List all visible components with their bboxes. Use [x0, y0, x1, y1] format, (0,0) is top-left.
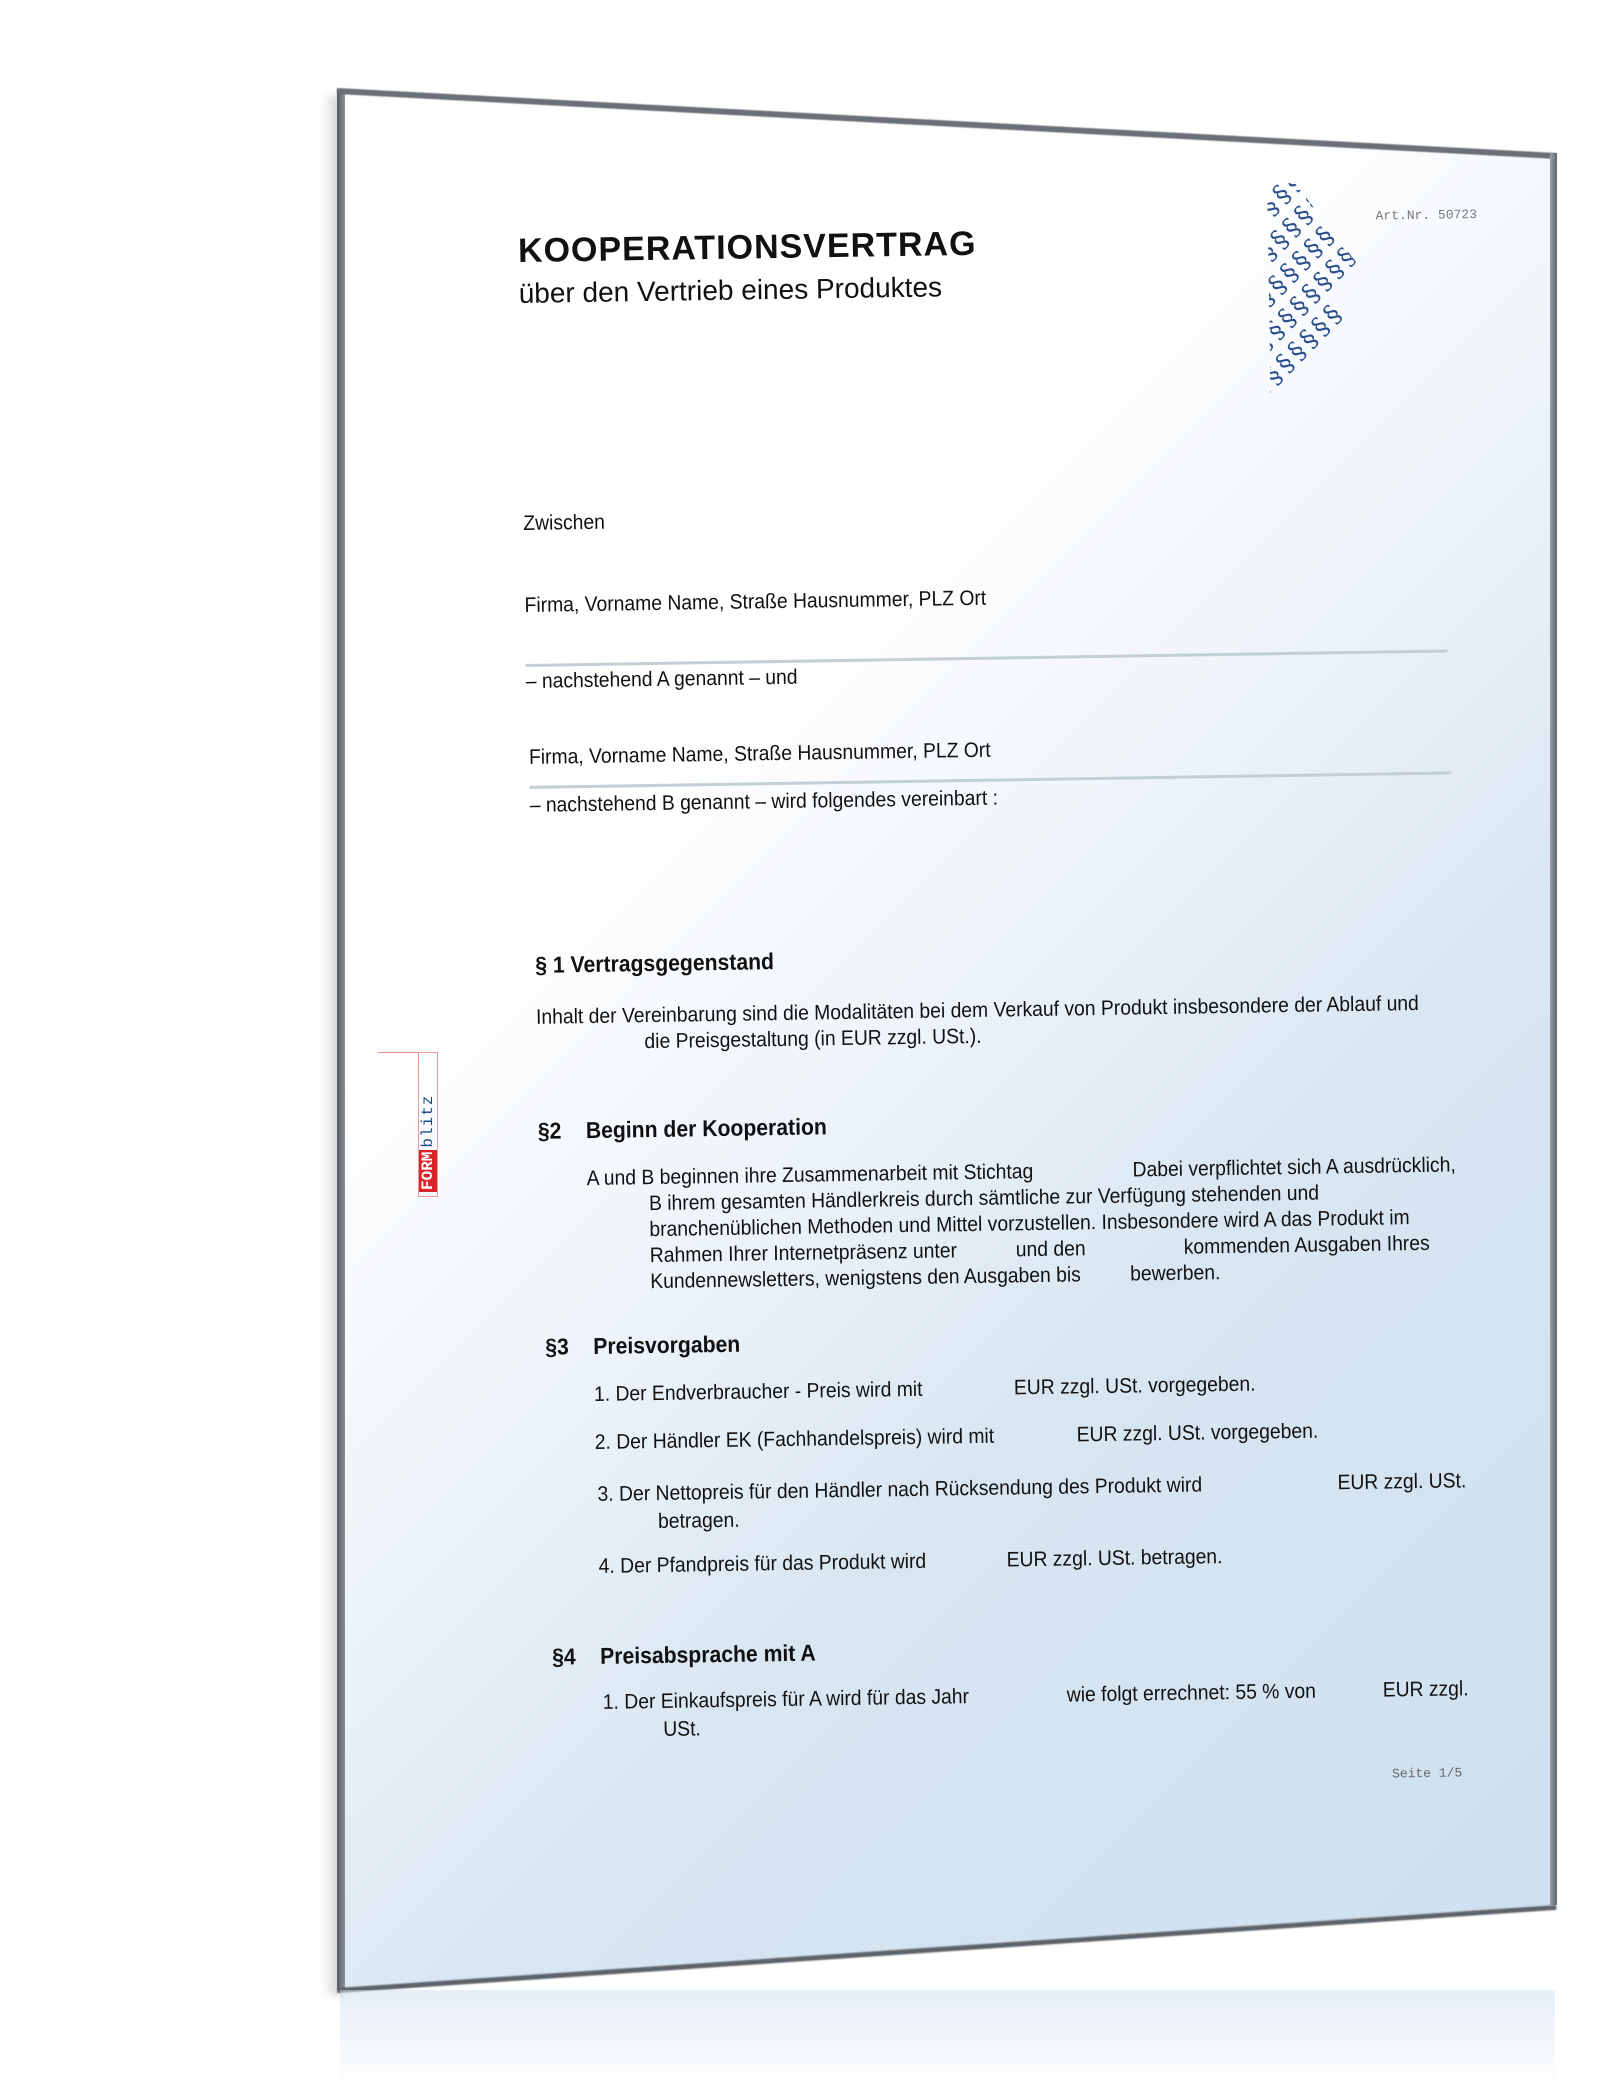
section-4-number: §4: [552, 1643, 576, 1670]
section-3-item-1-tail: EUR zzgl. USt. vorgegeben.: [1014, 1373, 1256, 1401]
section-4-item-1-mid: wie folgt errechnet: 55 % von: [1067, 1680, 1317, 1708]
section-3-item-1: 1. Der Endverbraucher - Preis wird mit: [594, 1378, 923, 1407]
section-3-number: §3: [545, 1333, 569, 1360]
section-3-item-2: 2. Der Händler EK (Fachhandelspreis) wir…: [595, 1425, 995, 1455]
formblitz-logo: FORMblitz: [418, 1052, 438, 1197]
section-2-heading: Beginn der Kooperation: [586, 1113, 827, 1144]
section-4-item-1-cont: USt.: [663, 1717, 701, 1742]
section-3-item-4-tail: EUR zzgl. USt. betragen.: [1006, 1545, 1222, 1572]
section-2-line-5b: bewerben.: [1130, 1261, 1221, 1286]
party-a-divider: [526, 649, 1448, 666]
document-preview: KOOPERATIONSVERTRAG über den Vertrieb ei…: [0, 0, 1600, 2100]
between-label: Zwischen: [523, 511, 605, 536]
article-number: Art.Nr. 50723: [1375, 207, 1477, 224]
document-title: KOOPERATIONSVERTRAG: [518, 225, 977, 271]
party-a-label: – nachstehend A genannt – und: [526, 666, 798, 694]
page-indicator: Seite 1/5: [1392, 1765, 1462, 1781]
logo-blitz: blitz: [419, 1093, 437, 1150]
section-1-heading: § 1 Vertragsgegenstand: [535, 948, 774, 979]
section-3-item-3: 3. Der Nettopreis für den Händler nach R…: [597, 1473, 1202, 1506]
page-content: KOOPERATIONSVERTRAG über den Vertrieb ei…: [0, 0, 1600, 2100]
party-b-field: Firma, Vorname Name, Straße Hausnummer, …: [529, 739, 991, 770]
section-2-line-4: Rahmen Ihrer Internetpräsenz unter: [650, 1239, 957, 1268]
section-2-line-4b: und den: [1016, 1237, 1086, 1262]
section-3-item-3-cont: betragen.: [658, 1509, 740, 1534]
section-4-item-1-tail: EUR zzgl.: [1383, 1677, 1469, 1702]
section-1-line-2: die Preisgestaltung (in EUR zzgl. USt.).: [644, 1025, 982, 1054]
section-3-item-2-tail: EUR zzgl. USt. vorgegeben.: [1076, 1420, 1318, 1448]
section-3-item-4: 4. Der Pfandpreis für das Produkt wird: [599, 1550, 927, 1579]
section-3-item-3-tail: EUR zzgl. USt.: [1337, 1469, 1466, 1495]
party-b-label: – nachstehend B genannt – wird folgendes…: [530, 787, 999, 818]
section-4-item-1: 1. Der Einkaufspreis für A wird für das …: [603, 1685, 970, 1715]
section-4-heading: Preisabsprache mit A: [600, 1640, 816, 1670]
document-subtitle: über den Vertrieb eines Produktes: [518, 271, 942, 310]
section-2-line-1b: Dabei verpflichtet sich A ausdrücklich,: [1132, 1153, 1456, 1182]
party-a-field: Firma, Vorname Name, Straße Hausnummer, …: [524, 587, 986, 618]
section-2-line-4c: kommenden Ausgaben Ihres: [1184, 1232, 1430, 1260]
section-3-heading: Preisvorgaben: [593, 1331, 740, 1360]
section-2-number: §2: [538, 1117, 562, 1144]
section-2-line-5: Kundennewsletters, wenigstens den Ausgab…: [650, 1263, 1081, 1294]
logo-form: FORM: [419, 1150, 437, 1192]
